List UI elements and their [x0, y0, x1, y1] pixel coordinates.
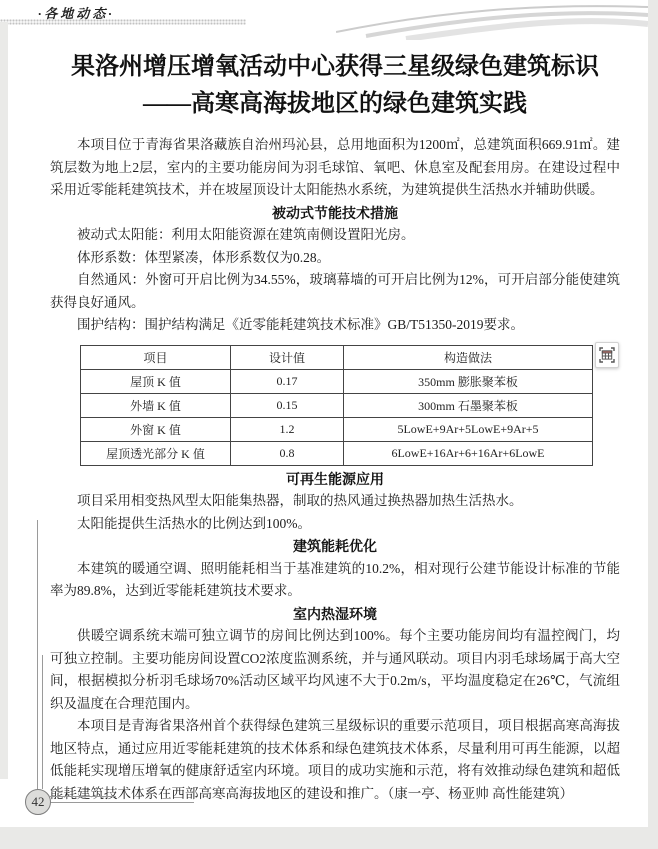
- margin-rule-inner: [42, 655, 43, 789]
- paragraph: 项目采用相变热风型太阳能集热器，制取的热风通过换热器加热生活热水。: [50, 490, 620, 513]
- footer-rule-bottom: [50, 802, 194, 803]
- section-paragraphs: 被动式太阳能：利用太阳能资源在建筑南侧设置阳光房。体形系数：体型紧凑，体形系数仅…: [50, 224, 620, 337]
- section-heading: 室内热湿环境: [50, 603, 620, 626]
- table-cell: 0.17: [231, 369, 344, 393]
- paragraph: 本建筑的暖通空调、照明能耗相当于基准建筑的10.2%，相对现行公建节能设计标准的…: [50, 558, 620, 603]
- table-row: 屋顶透光部分 K 值0.86LowE+16Ar+6+16Ar+6LowE: [81, 441, 593, 465]
- table-cell: 外墙 K 值: [81, 393, 231, 417]
- table-capture-button[interactable]: [595, 342, 619, 368]
- table-cell: 屋顶透光部分 K 值: [81, 441, 231, 465]
- table-cell: 外窗 K 值: [81, 417, 231, 441]
- table-cell: 300mm 石墨聚苯板: [344, 393, 593, 417]
- page-edge-shadow-left: [0, 22, 8, 779]
- paragraph: 被动式太阳能：利用太阳能资源在建筑南侧设置阳光房。: [50, 224, 620, 247]
- table-header-row: 项目设计值构造做法: [81, 345, 593, 369]
- page-number: 42: [32, 794, 45, 810]
- envelope-parameters-table: 项目设计值构造做法 屋顶 K 值0.17350mm 膨胀聚苯板外墙 K 值0.1…: [80, 345, 593, 466]
- section-passive-measures: 被动式节能技术措施 被动式太阳能：利用太阳能资源在建筑南侧设置阳光房。体形系数：…: [50, 202, 620, 337]
- section-energy-optimization: 建筑能耗优化 本建筑的暖通空调、照明能耗相当于基准建筑的10.2%，相对现行公建…: [50, 535, 620, 603]
- table-cell: 1.2: [231, 417, 344, 441]
- page-number-badge: 42: [25, 789, 51, 815]
- table-capture-icon: [599, 347, 615, 363]
- table-cell: 0.8: [231, 441, 344, 465]
- section-heading: 建筑能耗优化: [50, 535, 620, 558]
- section-paragraphs: 供暖空调系统末端可独立调节的房间比例达到100%。每个主要功能房间均有温控阀门，…: [50, 625, 620, 805]
- paragraph: 自然通风：外窗可开启比例为34.55%，玻璃幕墙的可开启比例为12%，可开启部分…: [50, 269, 620, 314]
- paragraph: 本项目是青海省果洛州首个获得绿色建筑三星级标识的重要示范项目，项目根据高寒高海拔…: [50, 715, 620, 805]
- swoosh-decoration: [336, 0, 648, 40]
- margin-rule-outer: [37, 520, 38, 789]
- intro-paragraph: 本项目位于青海省果洛藏族自治州玛沁县，总用地面积为1200㎡，总建筑面积669.…: [50, 134, 620, 202]
- footer-rule-top: [50, 796, 116, 797]
- table-row: 屋顶 K 值0.17350mm 膨胀聚苯板: [81, 369, 593, 393]
- article: 果洛州增压增氧活动中心获得三星级绿色建筑标识 ——高寒高海拔地区的绿色建筑实践 …: [50, 49, 620, 805]
- table-cell: 0.15: [231, 393, 344, 417]
- paragraph: 体形系数：体型紧凑，体形系数仅为0.28。: [50, 247, 620, 270]
- table-header-cell: 项目: [81, 345, 231, 369]
- table-header-cell: 设计值: [231, 345, 344, 369]
- table-header-cell: 构造做法: [344, 345, 593, 369]
- paragraph: 太阳能提供生活热水的比例达到100%。: [50, 513, 620, 536]
- section-indoor-environment: 室内热湿环境 供暖空调系统末端可独立调节的房间比例达到100%。每个主要功能房间…: [50, 603, 620, 806]
- paragraph: 供暖空调系统末端可独立调节的房间比例达到100%。每个主要功能房间均有温控阀门，…: [50, 625, 620, 715]
- article-title-line2: ——高寒高海拔地区的绿色建筑实践: [50, 86, 620, 123]
- article-title-line1: 果洛州增压增氧活动中心获得三星级绿色建筑标识: [50, 49, 620, 86]
- dotted-band-decoration: [0, 19, 246, 25]
- section-heading: 可再生能源应用: [50, 468, 620, 491]
- paragraph: 围护结构：围护结构满足《近零能耗建筑技术标准》GB/T51350-2019要求。: [50, 314, 620, 337]
- table-cell: 屋顶 K 值: [81, 369, 231, 393]
- table-cell: 350mm 膨胀聚苯板: [344, 369, 593, 393]
- section-paragraphs: 本建筑的暖通空调、照明能耗相当于基准建筑的10.2%，相对现行公建节能设计标准的…: [50, 558, 620, 603]
- table-cell: 5LowE+9Ar+5LowE+9Ar+5: [344, 417, 593, 441]
- table-row: 外窗 K 值1.25LowE+9Ar+5LowE+9Ar+5: [81, 417, 593, 441]
- section-heading: 被动式节能技术措施: [50, 202, 620, 225]
- section-renewable-energy: 可再生能源应用 项目采用相变热风型太阳能集热器，制取的热风通过换热器加热生活热水…: [50, 468, 620, 536]
- section-paragraphs: 项目采用相变热风型太阳能集热器，制取的热风通过换热器加热生活热水。太阳能提供生活…: [50, 490, 620, 535]
- document-viewer: ·各地动态· 果洛州增压增氧活动中心获得三星级绿色建筑标识 ——高寒高海拔地区的…: [0, 0, 658, 849]
- document-page: ·各地动态· 果洛州增压增氧活动中心获得三星级绿色建筑标识 ——高寒高海拔地区的…: [0, 0, 648, 827]
- table-row: 外墙 K 值0.15300mm 石墨聚苯板: [81, 393, 593, 417]
- table-cell: 6LowE+16Ar+6+16Ar+6LowE: [344, 441, 593, 465]
